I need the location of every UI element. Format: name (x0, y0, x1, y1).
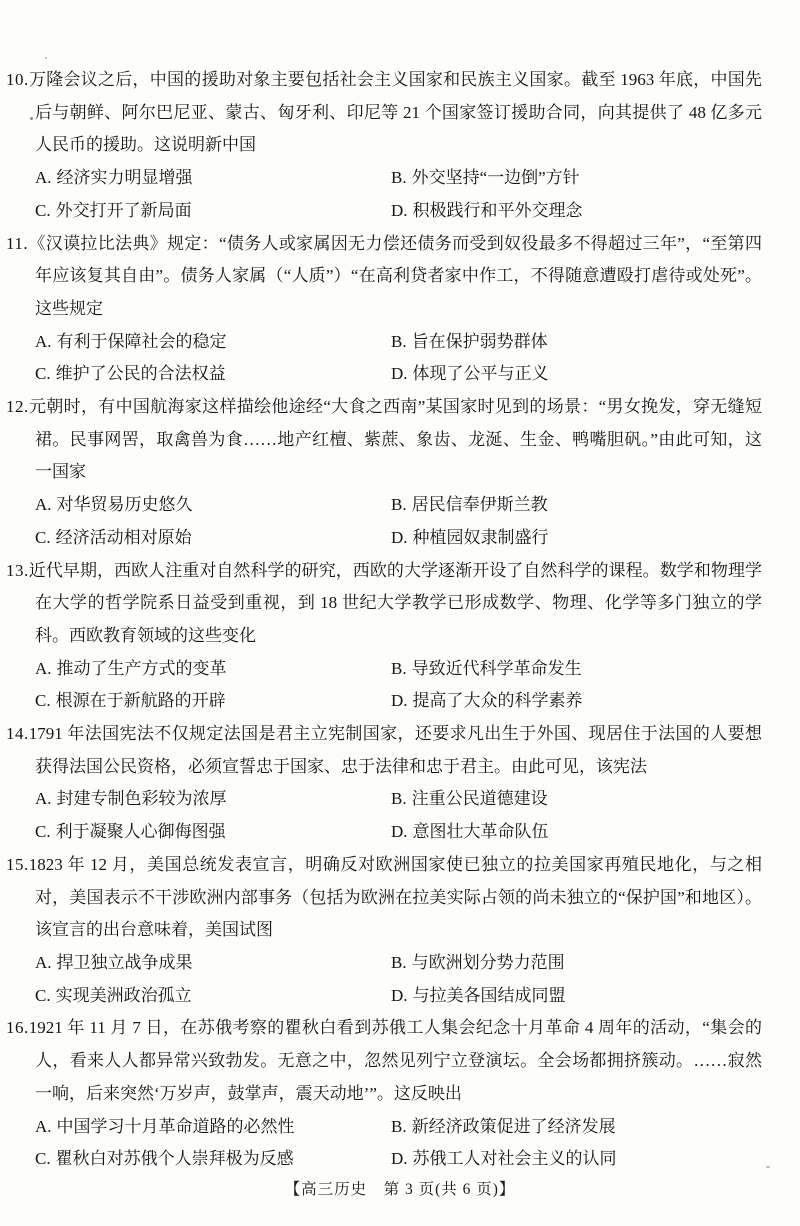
option-label: C. (35, 986, 51, 1005)
option-c: C.维护了公民的合法权益 (35, 358, 391, 391)
option-text: 对华贸易历史悠久 (57, 495, 193, 514)
option-a: A.捍卫独立战争成果 (35, 947, 391, 980)
option-label: D. (391, 691, 408, 710)
question-number: 10. (6, 70, 29, 89)
option-label: D. (391, 528, 408, 547)
option-c: C.瞿秋白对苏俄个人崇拜极为反感 (35, 1143, 391, 1176)
option-b: B.居民信奉伊斯兰教 (391, 489, 762, 522)
option-b: B.外交坚持“一边倒”方针 (391, 162, 762, 195)
scan-speck (45, 57, 47, 59)
option-text: 外交坚持“一边倒”方针 (412, 168, 580, 187)
option-text: 经济活动相对原始 (56, 528, 192, 547)
question-15: 15.1823 年 12 月，美国总统发表宣言，明确反对欧洲国家使已独立的拉美国… (6, 849, 762, 1013)
option-text: 新经济政策促进了经济发展 (412, 1117, 616, 1136)
option-text: 与欧洲划分势力范围 (412, 953, 565, 972)
question-10: 10.万隆会议之后，中国的援助对象主要包括社会主义国家和民族主义国家。截至 19… (6, 64, 762, 228)
option-d: D.种植园奴隶制盛行 (391, 522, 762, 555)
option-label: C. (35, 364, 51, 383)
option-row: A.经济实力明显增强 B.外交坚持“一边倒”方针 (35, 162, 762, 195)
question-list: 10.万隆会议之后，中国的援助对象主要包括社会主义国家和民族主义国家。截至 19… (0, 0, 800, 1176)
option-text: 旨在保护弱势群体 (412, 332, 548, 351)
option-text: 与拉美各国结成同盟 (413, 986, 566, 1005)
option-label: C. (35, 201, 51, 220)
options: A.捍卫独立战争成果 B.与欧洲划分势力范围 C.实现美洲政治孤立 D.与拉美各… (6, 947, 762, 1012)
option-row: A.捍卫独立战争成果 B.与欧洲划分势力范围 (35, 947, 762, 980)
question-text: 1791 年法国宪法不仅规定法国是君主立宪制国家，还要求凡出生于外国、现居住于法… (29, 724, 762, 776)
option-d: D.意图壮大革命队伍 (391, 816, 762, 849)
option-text: 维护了公民的合法权益 (56, 364, 226, 383)
question-text: 近代早期，西欧人注重对自然科学的研究，西欧的大学逐渐开设了自然科学的课程。数学和… (29, 561, 762, 645)
option-row: A.对华贸易历史悠久 B.居民信奉伊斯兰教 (35, 489, 762, 522)
option-text: 推动了生产方式的变革 (57, 659, 227, 678)
option-a: A.对华贸易历史悠久 (35, 489, 391, 522)
option-label: B. (391, 659, 407, 678)
question-text: 《汉谟拉比法典》规定：“债务人或家属因无力偿还债务而受到奴役最多不得超过三年”，… (28, 234, 762, 318)
question-text: 元朝时，有中国航海家这样描绘他途经“大食之西南”某国家时见到的场景：“男女挽发，… (29, 397, 762, 481)
option-b: B.导致近代科学革命发生 (391, 653, 762, 686)
scan-speck (766, 1166, 770, 1168)
question-number: 16. (6, 1018, 29, 1037)
question-stem: 12.元朝时，有中国航海家这样描绘他途经“大食之西南”某国家时见到的场景：“男女… (6, 391, 762, 489)
options: A.封建专制色彩较为浓厚 B.注重公民道德建设 C.利于凝聚人心御侮图强 D.意… (6, 783, 762, 848)
option-row: C.实现美洲政治孤立 D.与拉美各国结成同盟 (35, 980, 762, 1013)
option-c: C.利于凝聚人心御侮图强 (35, 816, 391, 849)
option-row: C.利于凝聚人心御侮图强 D.意图壮大革命队伍 (35, 816, 762, 849)
option-label: A. (35, 332, 52, 351)
option-label: B. (391, 1117, 407, 1136)
option-row: A.封建专制色彩较为浓厚 B.注重公民道德建设 (35, 783, 762, 816)
option-b: B.旨在保护弱势群体 (391, 326, 762, 359)
option-a: A.封建专制色彩较为浓厚 (35, 783, 391, 816)
option-label: A. (35, 789, 52, 808)
question-stem: 14.1791 年法国宪法不仅规定法国是君主立宪制国家，还要求凡出生于外国、现居… (6, 718, 762, 783)
options: A.推动了生产方式的变革 B.导致近代科学革命发生 C.根源在于新航路的开辟 D… (6, 653, 762, 718)
option-label: A. (35, 953, 52, 972)
option-b: B.与欧洲划分势力范围 (391, 947, 762, 980)
option-row: A.中国学习十月革命道路的必然性 B.新经济政策促进了经济发展 (35, 1111, 762, 1144)
options: A.经济实力明显增强 B.外交坚持“一边倒”方针 C.外交打开了新局面 D.积极… (6, 162, 762, 227)
option-a: A.中国学习十月革命道路的必然性 (35, 1111, 391, 1144)
option-text: 捍卫独立战争成果 (57, 953, 193, 972)
option-label: D. (391, 201, 408, 220)
options: A.对华贸易历史悠久 B.居民信奉伊斯兰教 C.经济活动相对原始 D.种植园奴隶… (6, 489, 762, 554)
option-text: 提高了大众的科学素养 (413, 691, 583, 710)
option-text: 意图壮大革命队伍 (413, 822, 549, 841)
options: A.中国学习十月革命道路的必然性 B.新经济政策促进了经济发展 C.瞿秋白对苏俄… (6, 1111, 762, 1176)
option-c: C.实现美洲政治孤立 (35, 980, 391, 1013)
option-label: B. (391, 332, 407, 351)
option-text: 瞿秋白对苏俄个人崇拜极为反感 (56, 1149, 294, 1168)
options: A.有利于保障社会的稳定 B.旨在保护弱势群体 C.维护了公民的合法权益 D.体… (6, 326, 762, 391)
option-text: 封建专制色彩较为浓厚 (57, 789, 227, 808)
option-text: 利于凝聚人心御侮图强 (56, 822, 226, 841)
option-label: A. (35, 495, 52, 514)
option-label: B. (391, 789, 407, 808)
question-number: 14. (6, 724, 29, 743)
option-a: A.推动了生产方式的变革 (35, 653, 391, 686)
option-d: D.与拉美各国结成同盟 (391, 980, 762, 1013)
option-label: D. (391, 822, 408, 841)
scan-speck (30, 117, 33, 120)
question-12: 12.元朝时，有中国航海家这样描绘他途经“大食之西南”某国家时见到的场景：“男女… (6, 391, 762, 555)
option-text: 导致近代科学革命发生 (412, 659, 582, 678)
option-label: C. (35, 691, 51, 710)
question-text: 1823 年 12 月，美国总统发表宣言，明确反对欧洲国家使已独立的拉美国家再殖… (29, 855, 762, 939)
option-label: B. (391, 953, 407, 972)
option-row: C.瞿秋白对苏俄个人崇拜极为反感 D.苏俄工人对社会主义的认同 (35, 1143, 762, 1176)
option-b: B.注重公民道德建设 (391, 783, 762, 816)
question-16: 16.1921 年 11 月 7 日，在苏俄考察的瞿秋白看到苏俄工人集会纪念十月… (6, 1012, 762, 1176)
option-label: A. (35, 168, 52, 187)
option-row: C.根源在于新航路的开辟 D.提高了大众的科学素养 (35, 685, 762, 718)
option-text: 居民信奉伊斯兰教 (412, 495, 548, 514)
option-text: 苏俄工人对社会主义的认同 (413, 1149, 617, 1168)
option-text: 积极践行和平外交理念 (413, 201, 583, 220)
option-row: C.外交打开了新局面 D.积极践行和平外交理念 (35, 195, 762, 228)
question-stem: 13.近代早期，西欧人注重对自然科学的研究，西欧的大学逐渐开设了自然科学的课程。… (6, 555, 762, 653)
option-label: A. (35, 1117, 52, 1136)
option-text: 实现美洲政治孤立 (56, 986, 192, 1005)
option-text: 种植园奴隶制盛行 (413, 528, 549, 547)
question-14: 14.1791 年法国宪法不仅规定法国是君主立宪制国家，还要求凡出生于外国、现居… (6, 718, 762, 849)
question-13: 13.近代早期，西欧人注重对自然科学的研究，西欧的大学逐渐开设了自然科学的课程。… (6, 555, 762, 719)
option-label: B. (391, 168, 407, 187)
option-c: C.外交打开了新局面 (35, 195, 391, 228)
option-label: A. (35, 659, 52, 678)
option-c: C.经济活动相对原始 (35, 522, 391, 555)
option-text: 经济实力明显增强 (57, 168, 193, 187)
question-stem: 16.1921 年 11 月 7 日，在苏俄考察的瞿秋白看到苏俄工人集会纪念十月… (6, 1012, 762, 1110)
option-text: 注重公民道德建设 (412, 789, 548, 808)
option-label: D. (391, 1149, 408, 1168)
question-11: 11.《汉谟拉比法典》规定：“债务人或家属因无力偿还债务而受到奴役最多不得超过三… (6, 228, 762, 392)
option-c: C.根源在于新航路的开辟 (35, 685, 391, 718)
option-d: D.积极践行和平外交理念 (391, 195, 762, 228)
scanned-exam-page: 10.万隆会议之后，中国的援助对象主要包括社会主义国家和民族主义国家。截至 19… (0, 0, 800, 1226)
option-text: 有利于保障社会的稳定 (57, 332, 227, 351)
question-number: 12. (6, 397, 29, 416)
page-footer: 【高三历史 第 3 页(共 6 页)】 (0, 1177, 800, 1199)
option-row: A.有利于保障社会的稳定 B.旨在保护弱势群体 (35, 326, 762, 359)
option-a: A.有利于保障社会的稳定 (35, 326, 391, 359)
question-stem: 10.万隆会议之后，中国的援助对象主要包括社会主义国家和民族主义国家。截至 19… (6, 64, 762, 162)
option-a: A.经济实力明显增强 (35, 162, 391, 195)
question-stem: 15.1823 年 12 月，美国总统发表宣言，明确反对欧洲国家使已独立的拉美国… (6, 849, 762, 947)
option-text: 外交打开了新局面 (56, 201, 192, 220)
option-label: D. (391, 986, 408, 1005)
option-b: B.新经济政策促进了经济发展 (391, 1111, 762, 1144)
option-text: 体现了公平与正义 (413, 364, 549, 383)
question-number: 15. (6, 855, 29, 874)
question-number: 11. (6, 234, 28, 253)
question-text: 万隆会议之后，中国的援助对象主要包括社会主义国家和民族主义国家。截至 1963 … (29, 70, 762, 154)
option-row: A.推动了生产方式的变革 B.导致近代科学革命发生 (35, 653, 762, 686)
option-text: 中国学习十月革命道路的必然性 (57, 1117, 295, 1136)
option-row: C.经济活动相对原始 D.种植园奴隶制盛行 (35, 522, 762, 555)
question-text: 1921 年 11 月 7 日，在苏俄考察的瞿秋白看到苏俄工人集会纪念十月革命 … (29, 1018, 762, 1102)
option-label: C. (35, 1149, 51, 1168)
option-d: D.提高了大众的科学素养 (391, 685, 762, 718)
option-label: C. (35, 822, 51, 841)
option-d: D.苏俄工人对社会主义的认同 (391, 1143, 762, 1176)
option-row: C.维护了公民的合法权益 D.体现了公平与正义 (35, 358, 762, 391)
question-stem: 11.《汉谟拉比法典》规定：“债务人或家属因无力偿还债务而受到奴役最多不得超过三… (6, 228, 762, 326)
option-d: D.体现了公平与正义 (391, 358, 762, 391)
option-label: D. (391, 364, 408, 383)
question-number: 13. (6, 561, 29, 580)
option-label: B. (391, 495, 407, 514)
option-label: C. (35, 528, 51, 547)
option-text: 根源在于新航路的开辟 (56, 691, 226, 710)
